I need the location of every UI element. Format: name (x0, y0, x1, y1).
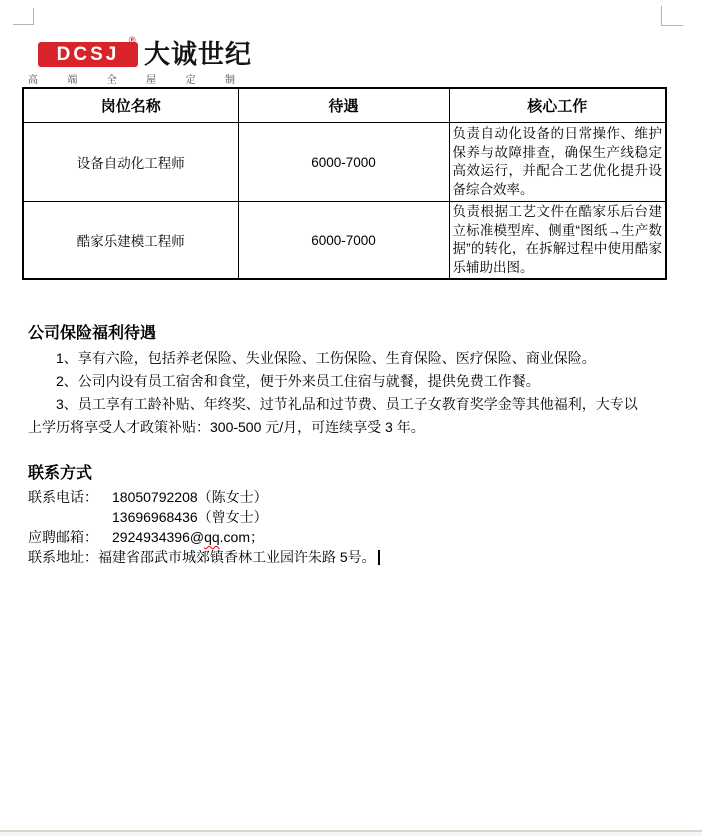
contact-section-heading: 联系方式 (28, 460, 92, 483)
job-salary-cell: 6000-7000 (238, 123, 449, 202)
header-position: 岗位名称 (23, 88, 238, 123)
document-page[interactable]: DCSJ ® 大诚世纪 高 端 全 屋 定 制 岗位名称 待遇 核心工作 设备自… (0, 0, 702, 836)
benefits-section-heading: 公司保险福利待遇 (28, 320, 156, 343)
jobs-table: 岗位名称 待遇 核心工作 设备自动化工程师 6000-7000 负责自动化设备的… (22, 87, 667, 280)
phone-label: 联系电话： (28, 487, 112, 507)
registered-trademark-icon: ® (129, 35, 136, 45)
logo-abbr-text: DCSJ (57, 44, 120, 66)
margin-crop-mark-top-right (661, 6, 683, 26)
table-row: 酷家乐建模工程师 6000-7000 负责根据工艺文件在酷家乐后台建立标准模型库… (23, 202, 666, 280)
company-tagline: 高 端 全 屋 定 制 (28, 71, 235, 86)
tagline-char: 全 (107, 71, 117, 86)
email-label: 应聘邮箱： (28, 527, 112, 547)
tagline-char: 屋 (146, 71, 156, 86)
company-logo-badge: DCSJ (38, 42, 138, 67)
contact-phone-line: 联系电话： 18050792208（陈女士） (28, 487, 668, 507)
margin-crop-mark-top-left (13, 8, 34, 25)
address-text: 福建省邵武市城郊镇香林工业园许朱路 5号。 (98, 547, 376, 567)
header-core-work: 核心工作 (449, 88, 666, 123)
phone-number-1: 18050792208（陈女士） (112, 487, 268, 507)
contact-email-line: 应聘邮箱： 2924934396@qq.com； (28, 527, 668, 547)
contact-address-line: 联系地址： 福建省邵武市城郊镇香林工业园许朱路 5号。 (28, 547, 668, 567)
job-duty-cell: 负责根据工艺文件在酷家乐后台建立标准模型库、侧重“图纸→生产数据”的转化，在拆解… (449, 202, 666, 280)
email-tld-part: .com； (220, 529, 264, 545)
jobs-table-header-row: 岗位名称 待遇 核心工作 (23, 88, 666, 123)
header-salary: 待遇 (238, 88, 449, 123)
tagline-char: 端 (67, 71, 77, 86)
job-position-cell: 设备自动化工程师 (23, 123, 238, 202)
benefit-item: 1、享有六险，包括养老保险、失业保险、工伤保险、生育保险、医疗保险、商业保险。 (28, 347, 648, 370)
benefit-item: 2、公司内设有员工宿舍和食堂，便于外来员工住宿与就餐，提供免费工作餐。 (28, 370, 648, 393)
tagline-char: 制 (225, 71, 235, 86)
table-row: 设备自动化工程师 6000-7000 负责自动化设备的日常操作、维护保养与故障排… (23, 123, 666, 202)
contact-phone-line-2: 13696968436（曾女士） (28, 507, 668, 527)
company-name: 大诚世纪 (144, 39, 252, 69)
phone-number-2: 13696968436（曾女士） (112, 507, 268, 527)
email-address: 2924934396@qq.com； (112, 527, 264, 547)
job-position-cell: 酷家乐建模工程师 (23, 202, 238, 280)
benefit-item: 3、员工享有工龄补贴、年终奖、过节礼品和过节费、员工子女教育奖学金等其他福利，大… (28, 393, 648, 439)
page-bottom-edge (0, 830, 702, 836)
email-domain-spellcheck: qq (204, 529, 220, 545)
contact-block: 联系电话： 18050792208（陈女士） 13696968436（曾女士） … (28, 487, 668, 567)
text-cursor (378, 550, 380, 565)
tagline-char: 定 (186, 71, 196, 86)
email-user-part: 2924934396@ (112, 529, 204, 545)
address-label: 联系地址： (28, 547, 98, 567)
tagline-char: 高 (28, 71, 38, 86)
benefits-list: 1、享有六险，包括养老保险、失业保险、工伤保险、生育保险、医疗保险、商业保险。 … (28, 347, 648, 439)
job-duty-cell: 负责自动化设备的日常操作、维护保养与故障排查，确保生产线稳定高效运行，并配合工艺… (449, 123, 666, 202)
job-salary-cell: 6000-7000 (238, 202, 449, 280)
